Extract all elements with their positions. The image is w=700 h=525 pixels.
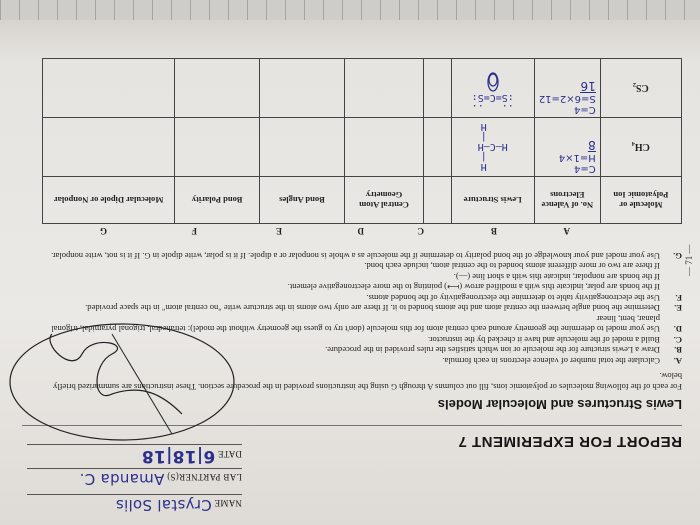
- bond-angles-cell[interactable]: [260, 59, 345, 118]
- geometry-cell[interactable]: [344, 118, 423, 177]
- header-valence-electrons: No. of Valence Electrons: [534, 177, 600, 224]
- model-cell[interactable]: [424, 59, 452, 118]
- name-label: NAME: [214, 498, 242, 508]
- name-field: NAME Crystal Solis: [116, 496, 242, 514]
- header-bond-polarity: Bond Polarity: [175, 177, 260, 224]
- header-central-atom-geometry: Central Atom Geometry: [344, 177, 423, 224]
- molecule-cell: CH₄: [600, 118, 681, 177]
- name-underline: [27, 494, 242, 495]
- lewis-structure-cell[interactable]: H | H–C–H | H: [451, 118, 534, 177]
- table-row: CH₄ C=4 H=1×4 8 H | H–C–H | H: [43, 118, 682, 177]
- header-molecular-dipole: Molecular Dipole or Nonpolar: [43, 177, 175, 224]
- header-bond-angles: Bond Angles: [260, 177, 345, 224]
- valence-electrons-cell[interactable]: C=4 S=6×2=12 16: [534, 59, 600, 118]
- lab-partners-underline: [27, 468, 242, 469]
- header-lewis-structure: Lewis Structure: [451, 177, 534, 224]
- header-molecule: Molecule or Polyatomic Ion: [600, 177, 681, 224]
- worksheet-page-rotated: NAME Crystal Solis LAB PARTNER(S) Amanda…: [0, 0, 700, 524]
- scribble-icon: [478, 68, 508, 92]
- photo-of-worksheet: NAME Crystal Solis LAB PARTNER(S) Amanda…: [0, 0, 700, 525]
- table-header-row: Molecule or Polyatomic Ion No. of Valenc…: [43, 177, 682, 224]
- bond-polarity-cell[interactable]: [175, 118, 260, 177]
- lab-partners-value: Amanda C.: [79, 470, 164, 488]
- lewis-structures-table: Molecule or Polyatomic Ion No. of Valenc…: [42, 58, 682, 224]
- dipole-cell[interactable]: [43, 59, 175, 118]
- molecule-cell: CS₂: [600, 59, 681, 118]
- table-row: CS₂ C=4 S=6×2=12 16 .. .. :S=C=S:: [43, 59, 682, 118]
- step-g: G.Use your model and your knowledge of t…: [42, 251, 682, 262]
- valence-electrons-cell[interactable]: C=4 H=1×4 8: [534, 118, 600, 177]
- step-e: E.Determine the bond angle between the c…: [42, 303, 682, 314]
- lewis-structure-cell[interactable]: .. .. :S=C=S:: [451, 59, 534, 118]
- lab-partners-label: LAB PARTNER(S): [167, 472, 242, 482]
- step-f: F. Use the electronegativity table to de…: [42, 261, 682, 303]
- header-model: [424, 177, 452, 224]
- worksheet-sheet: NAME Crystal Solis LAB PARTNER(S) Amanda…: [22, 19, 682, 524]
- bond-polarity-cell[interactable]: [175, 59, 260, 118]
- page-number: — 71 —: [684, 266, 694, 276]
- geometry-cell[interactable]: [344, 59, 423, 118]
- bond-angles-cell[interactable]: [260, 118, 345, 177]
- report-title: REPORT FOR EXPERIMENT 7: [458, 433, 682, 450]
- name-value: Crystal Solis: [116, 496, 212, 514]
- model-cell[interactable]: [424, 118, 452, 177]
- lab-partners-field: LAB PARTNER(S) Amanda C.: [79, 470, 242, 488]
- section-title: Lewis Structures and Molecular Models: [438, 397, 682, 412]
- pen-doodle-icon: [2, 314, 242, 454]
- dipole-cell[interactable]: [43, 118, 175, 177]
